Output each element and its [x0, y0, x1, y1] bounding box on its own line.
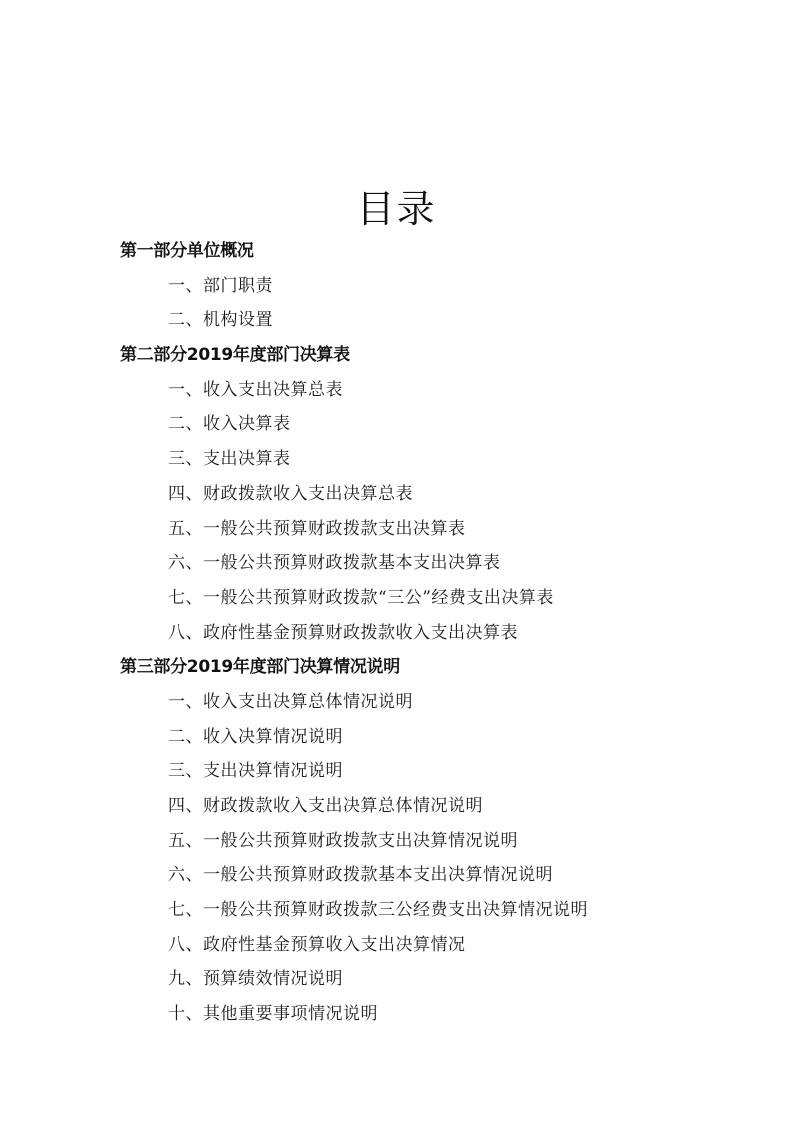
table-of-contents: 第一部分单位概况 一、部门职责 二、机构设置 第二部分2019年度部门决算表 一…: [120, 236, 760, 1034]
toc-section-heading[interactable]: 第二部分2019年度部门决算表: [120, 340, 760, 375]
toc-item-label[interactable]: 一、收入支出决算总表: [168, 380, 343, 400]
toc-item-label[interactable]: 七、一般公共预算财政拨款“三公”经费支出决算表: [168, 588, 554, 608]
toc-item-label[interactable]: 三、支出决算情况说明: [168, 761, 343, 781]
toc-item[interactable]: 三、支出决算情况说明: [120, 756, 760, 791]
toc-item-label[interactable]: 二、收入决算表: [168, 414, 291, 434]
toc-item[interactable]: 七、一般公共预算财政拨款“三公”经费支出决算表: [120, 583, 760, 618]
toc-section-label[interactable]: 第一部分单位概况: [120, 241, 254, 261]
toc-section-label[interactable]: 第二部分2019年度部门决算表: [120, 345, 350, 365]
toc-item[interactable]: 五、一般公共预算财政拨款支出决算表: [120, 514, 760, 549]
toc-item[interactable]: 七、一般公共预算财政拨款三公经费支出决算情况说明: [120, 895, 760, 930]
toc-item[interactable]: 一、部门职责: [120, 271, 760, 306]
toc-item[interactable]: 二、机构设置: [120, 305, 760, 340]
toc-item-label[interactable]: 六、一般公共预算财政拨款基本支出决算情况说明: [168, 865, 553, 885]
toc-item-label[interactable]: 一、收入支出决算总体情况说明: [168, 692, 413, 712]
toc-item[interactable]: 十、其他重要事项情况说明: [120, 999, 760, 1034]
toc-item[interactable]: 三、支出决算表: [120, 444, 760, 479]
toc-item-label[interactable]: 三、支出决算表: [168, 449, 291, 469]
toc-item-label[interactable]: 一、部门职责: [168, 276, 273, 296]
toc-item-label[interactable]: 十、其他重要事项情况说明: [168, 1004, 378, 1024]
toc-item-label[interactable]: 四、财政拨款收入支出决算总表: [168, 484, 413, 504]
toc-item[interactable]: 八、政府性基金预算财政拨款收入支出决算表: [120, 618, 760, 653]
toc-section-heading[interactable]: 第一部分单位概况: [120, 236, 760, 271]
toc-item-label[interactable]: 八、政府性基金预算收入支出决算情况: [168, 935, 466, 955]
toc-item-label[interactable]: 五、一般公共预算财政拨款支出决算情况说明: [168, 831, 518, 851]
page-title: 目录: [0, 186, 793, 232]
toc-item[interactable]: 六、一般公共预算财政拨款基本支出决算表: [120, 548, 760, 583]
toc-item[interactable]: 一、收入支出决算总体情况说明: [120, 687, 760, 722]
toc-item[interactable]: 九、预算绩效情况说明: [120, 964, 760, 999]
toc-item-label[interactable]: 二、机构设置: [168, 310, 273, 330]
toc-item[interactable]: 四、财政拨款收入支出决算总体情况说明: [120, 791, 760, 826]
toc-item[interactable]: 一、收入支出决算总表: [120, 375, 760, 410]
toc-item[interactable]: 五、一般公共预算财政拨款支出决算情况说明: [120, 826, 760, 861]
toc-item-label[interactable]: 五、一般公共预算财政拨款支出决算表: [168, 519, 466, 539]
toc-item-label[interactable]: 二、收入决算情况说明: [168, 727, 343, 747]
toc-section-label[interactable]: 第三部分2019年度部门决算情况说明: [120, 657, 400, 677]
toc-item-label[interactable]: 八、政府性基金预算财政拨款收入支出决算表: [168, 623, 518, 643]
toc-item[interactable]: 二、收入决算表: [120, 409, 760, 444]
toc-item-label[interactable]: 七、一般公共预算财政拨款三公经费支出决算情况说明: [168, 900, 588, 920]
toc-section-heading[interactable]: 第三部分2019年度部门决算情况说明: [120, 652, 760, 687]
toc-item-label[interactable]: 六、一般公共预算财政拨款基本支出决算表: [168, 553, 501, 573]
toc-item[interactable]: 六、一般公共预算财政拨款基本支出决算情况说明: [120, 860, 760, 895]
toc-item[interactable]: 八、政府性基金预算收入支出决算情况: [120, 930, 760, 965]
toc-item-label[interactable]: 九、预算绩效情况说明: [168, 969, 343, 989]
toc-item[interactable]: 四、财政拨款收入支出决算总表: [120, 479, 760, 514]
toc-item[interactable]: 二、收入决算情况说明: [120, 722, 760, 757]
toc-item-label[interactable]: 四、财政拨款收入支出决算总体情况说明: [168, 796, 483, 816]
